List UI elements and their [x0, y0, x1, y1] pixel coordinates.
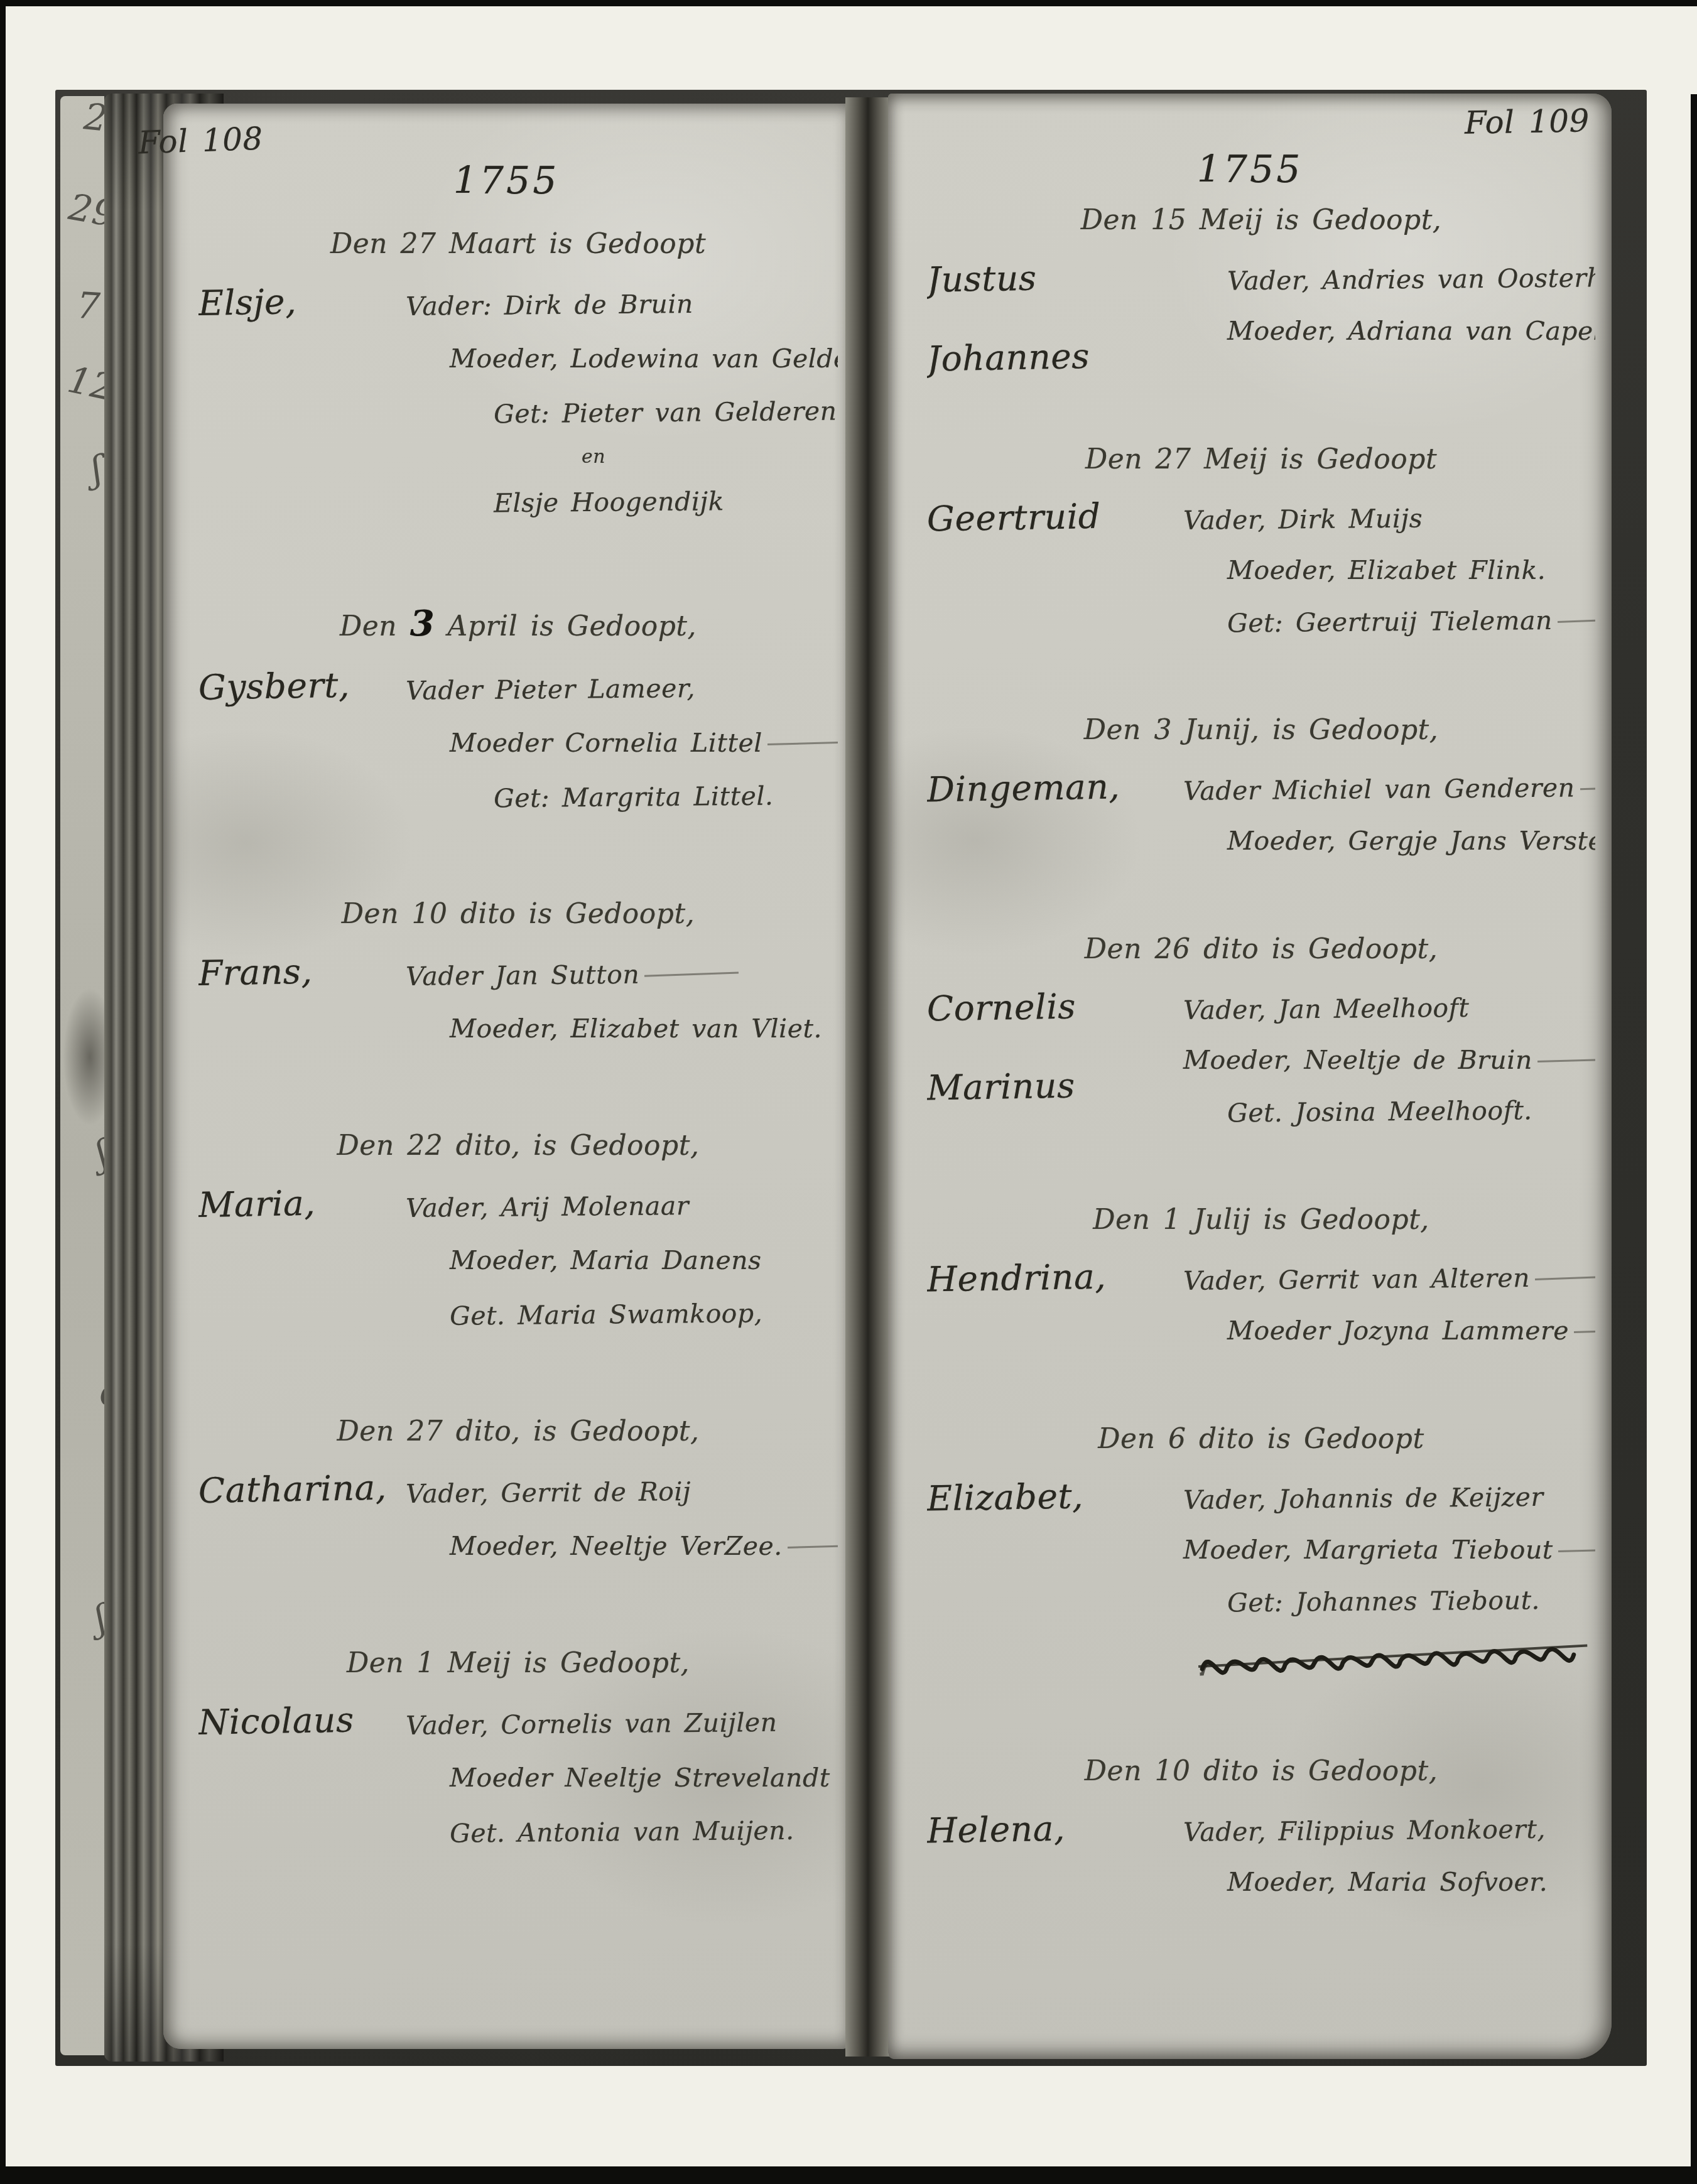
baptism-entry: Den 10 dito is Gedoopt,Helena,Vader, Fil… — [927, 1755, 1595, 1908]
entry-date-line: Den 26 dito is Gedoopt, — [927, 933, 1595, 965]
entry-mother: Moeder Cornelia Littel — [450, 716, 838, 770]
entry-witness: Get. Josina Meelhooft. — [1227, 1084, 1595, 1138]
entry-body: Hendrina,Vader, Gerrit van AlterenMoeder… — [927, 1253, 1595, 1356]
child-name: Marinus — [927, 1063, 1184, 1108]
entry-detail-lines: Vader, Jan MeelhooftMoeder, Neeltje de B… — [1183, 983, 1595, 1137]
entry-date-line: Den 27 dito, is Gedoopt, — [198, 1415, 838, 1447]
child-name: Johannes — [927, 334, 1184, 379]
entry-body: CornelisMarinusVader, Jan MeelhooftMoede… — [927, 983, 1595, 1137]
baptism-entries-left: Den 27 Maart is GedooptElsje,Vader: Dirk… — [198, 228, 838, 2044]
scanner-edge-right — [1691, 94, 1697, 2184]
register-book-photo: 229712ʃʃoʃ Fol 108 1755 Den 27 Maart is … — [55, 90, 1647, 2066]
right-page-fol-109: Fol 109 1755 Den 15 Meij is Gedoopt,Just… — [888, 94, 1612, 2059]
baptism-entry: Den 1 Julij is Gedoopt,Hendrina,Vader, G… — [927, 1204, 1595, 1356]
child-name: Nicolaus — [198, 1699, 406, 1743]
entry-body: Elizabet,Vader, Johannis de KeijzerMoede… — [927, 1473, 1595, 1689]
entry-witness: Elsje Hoogendijk — [494, 473, 838, 531]
child-name: Hendrina, — [927, 1255, 1184, 1299]
baptism-entry: Den 27 dito, is Gedoopt,Catharina,Vader,… — [198, 1415, 838, 1573]
child-name-column: Maria, — [198, 1179, 406, 1223]
entry-date-line: Den 3 April is Gedoopt, — [198, 603, 838, 644]
entry-father: Vader, Dirk Muijs — [1183, 491, 1595, 546]
child-name-column: Elsje, — [198, 278, 406, 322]
entry-date-part: 3 — [410, 603, 435, 644]
entry-date-line: Den 15 Meij is Gedoopt, — [927, 204, 1595, 236]
scanned-photograph-sheet: 229712ʃʃoʃ Fol 108 1755 Den 27 Maart is … — [0, 0, 1697, 2184]
year-heading-left: 1755 — [163, 159, 849, 203]
child-name-column: Helena, — [927, 1805, 1183, 1849]
baptism-entry: Den 22 dito, is Gedoopt,Maria,Vader, Ari… — [198, 1130, 838, 1341]
child-name: Elsje, — [198, 279, 406, 323]
entry-mother: Moeder, Elizabet Flink. — [1227, 544, 1595, 596]
child-name-column: Frans, — [198, 948, 406, 992]
folio-number-108: Fol 108 — [138, 121, 264, 161]
entry-date-line: Den 22 dito, is Gedoopt, — [198, 1130, 838, 1162]
entry-father: Vader Pieter Lameer, — [406, 660, 838, 718]
margin-fragment: 7 — [75, 284, 102, 328]
entry-mother: Moeder, Neeltje VerZee. — [450, 1519, 838, 1573]
entry-detail-lines: Vader, Johannis de KeijzerMoeder, Margri… — [1183, 1473, 1595, 1689]
entry-witness: Get. Maria Swamkoop, — [450, 1285, 838, 1343]
entry-father: Vader, Filippius Monkoert, — [1183, 1803, 1595, 1858]
entry-witness: Get: Geertruij Tieleman — [1227, 594, 1595, 649]
child-name: Geertruid — [927, 494, 1184, 539]
entry-witness: Get: Johannes Tiebout. — [1227, 1574, 1595, 1628]
child-name-column: Dingeman, — [927, 764, 1183, 808]
entry-detail-lines: Vader, Arij MolenaarMoeder, Maria Danens… — [406, 1179, 838, 1341]
entry-body: Elsje,Vader: Dirk de BruinMoeder, Lodewi… — [198, 278, 838, 529]
entry-mother: Moeder, Maria Sofvoer. — [1227, 1856, 1595, 1908]
scanner-edge-top — [0, 0, 1697, 6]
child-name-column: CornelisMarinus — [927, 983, 1183, 1106]
entry-mother: Moeder, Elizabet van Vliet. — [450, 1002, 838, 1056]
child-name: Dingeman, — [927, 765, 1184, 809]
entry-date-line: Den 3 Junij, is Gedoopt, — [927, 714, 1595, 746]
entry-body: Frans,Vader Jan SuttonMoeder, Elizabet v… — [198, 948, 838, 1056]
entry-body: Helena,Vader, Filippius Monkoert,Moeder,… — [927, 1805, 1595, 1908]
entry-date-line: Den 10 dito is Gedoopt, — [198, 898, 838, 930]
entry-father: Vader, Gerrit van Alteren — [1183, 1251, 1595, 1307]
baptism-entry: Den 6 dito is GedooptElizabet,Vader, Joh… — [927, 1423, 1595, 1689]
baptism-entry: Den 3 Junij, is Gedoopt,Dingeman,Vader M… — [927, 714, 1595, 867]
entry-date-line: Den 27 Meij is Gedoopt — [927, 443, 1595, 475]
child-name: Elizabet, — [927, 1474, 1184, 1518]
entry-mother: Moeder, Maria Danens — [450, 1233, 838, 1287]
child-name: Gysbert, — [198, 664, 406, 708]
child-name: Catharina, — [198, 1467, 406, 1511]
entry-father: Vader, Johannis de Keijzer — [1183, 1471, 1595, 1526]
child-name: Justus — [927, 255, 1184, 300]
child-name-column: Elizabet, — [927, 1473, 1183, 1516]
entry-detail-lines: Vader Pieter Lameer,Moeder Cornelia Litt… — [406, 662, 838, 824]
entry-body: Dingeman,Vader Michiel van GenderenMoede… — [927, 764, 1595, 867]
entry-body: Catharina,Vader, Gerrit de RoijMoeder, N… — [198, 1465, 838, 1573]
left-page-fol-108: Fol 108 1755 Den 27 Maart is GedooptElsj… — [163, 104, 849, 2049]
baptism-entry: Den 27 Maart is GedooptElsje,Vader: Dirk… — [198, 228, 838, 529]
entry-witness: Get. Antonia van Muijen. — [450, 1803, 838, 1860]
entry-mother: Moeder, Margrieta Tiebout — [1183, 1524, 1595, 1576]
entry-body: NicolausVader, Cornelis van ZuijlenMoede… — [198, 1697, 838, 1859]
baptism-entry: Den 27 Meij is GedooptGeertruidVader, Di… — [927, 443, 1595, 647]
entry-date-line: Den 10 dito is Gedoopt, — [927, 1755, 1595, 1787]
entry-detail-lines: Vader Michiel van GenderenMoeder, Gergje… — [1183, 764, 1595, 867]
child-name-column: Catharina, — [198, 1465, 406, 1509]
scratched-out-line — [1198, 1629, 1595, 1695]
entry-father: Vader, Gerrit de Roij — [406, 1463, 838, 1521]
entry-mother: Moeder, Lodewina van Gelderen — [450, 332, 838, 386]
entry-date-line: Den 27 Maart is Gedoopt — [198, 228, 838, 260]
entry-mother: Moeder, Adriana van Capel. — [1227, 305, 1595, 357]
entry-detail-lines: Vader, Cornelis van ZuijlenMoeder Neeltj… — [406, 1697, 838, 1859]
previous-page-sliver: 229712ʃʃoʃ — [60, 96, 104, 2055]
entry-body: JustusJohannesVader, Andries van Oosterh… — [927, 254, 1595, 377]
entry-body: Maria,Vader, Arij MolenaarMoeder, Maria … — [198, 1179, 838, 1341]
child-name-column: Gysbert, — [198, 662, 406, 706]
entry-mother: Moeder, Neeltje de Bruin — [1183, 1034, 1595, 1086]
entry-father: Vader, Jan Meelhooft — [1183, 981, 1595, 1036]
entry-mother: Moeder, Gergje Jans Versteeg. — [1227, 815, 1595, 867]
scanner-edge-bottom — [0, 2166, 1697, 2184]
entry-witness: Get: Pieter van Gelderen — [494, 384, 838, 441]
folio-number-109: Fol 109 — [1465, 102, 1590, 141]
child-name-column: Nicolaus — [198, 1697, 406, 1741]
entry-father: Vader Michiel van Genderen — [1183, 762, 1595, 817]
child-name-column: JustusJohannes — [927, 254, 1183, 377]
entry-mother: Moeder Neeltje Strevelandt — [450, 1751, 838, 1805]
year-heading-right: 1755 — [888, 148, 1612, 192]
entry-mother: Moeder Jozyna Lammere — [1227, 1305, 1595, 1356]
child-name: Frans, — [198, 949, 406, 993]
entry-father: Vader, Arij Molenaar — [406, 1177, 838, 1235]
entry-date-line: Den 1 Meij is Gedoopt, — [198, 1647, 838, 1679]
entry-detail-lines: Vader, Dirk MuijsMoeder, Elizabet Flink.… — [1183, 493, 1595, 647]
child-name-column: Hendrina, — [927, 1253, 1183, 1297]
entry-father: Vader Jan Sutton — [406, 946, 838, 1003]
entry-witness: Get: Margrita Littel. — [494, 769, 838, 826]
entry-body: GeertruidVader, Dirk MuijsMoeder, Elizab… — [927, 493, 1595, 647]
entry-detail-lines: Vader: Dirk de BruinMoeder, Lodewina van… — [406, 278, 838, 529]
entry-date-part: April is Gedoopt, — [435, 610, 697, 642]
entry-date-line: Den 1 Julij is Gedoopt, — [927, 1204, 1595, 1236]
entry-date-line: Den 6 dito is Gedoopt — [927, 1423, 1595, 1455]
entry-detail-lines: Vader, Gerrit de RoijMoeder, Neeltje Ver… — [406, 1465, 838, 1573]
entry-body: Gysbert,Vader Pieter Lameer,Moeder Corne… — [198, 662, 838, 824]
entry-detail-lines: Vader, Andries van Oosterhout,Moeder, Ad… — [1183, 254, 1595, 357]
baptism-entry: Den 15 Meij is Gedoopt,JustusJohannesVad… — [927, 204, 1595, 377]
book-gutter — [845, 97, 891, 2057]
margin-fragment: ʃ — [88, 447, 106, 491]
child-name: Helena, — [927, 1806, 1184, 1851]
entry-father: Vader: Dirk de Bruin — [406, 276, 838, 333]
baptism-entry: Den 10 dito is Gedoopt,Frans,Vader Jan S… — [198, 898, 838, 1056]
entry-detail-lines: Vader, Gerrit van AlterenMoeder Jozyna L… — [1183, 1253, 1595, 1356]
baptism-entry: Den 1 Meij is Gedoopt,NicolausVader, Cor… — [198, 1647, 838, 1859]
scribble-drawing — [1198, 1629, 1595, 1693]
child-name-column: Geertruid — [927, 493, 1183, 537]
entry-date-part: Den — [340, 610, 410, 642]
baptism-entry: Den 3 April is Gedoopt,Gysbert,Vader Pie… — [198, 603, 838, 824]
baptism-entries-right: Den 15 Meij is Gedoopt,JustusJohannesVad… — [927, 204, 1595, 2054]
entry-father: Vader, Cornelis van Zuijlen — [406, 1695, 838, 1753]
scanner-edge-left — [0, 0, 6, 2184]
child-name: Maria, — [198, 1181, 406, 1225]
baptism-entry: Den 26 dito is Gedoopt,CornelisMarinusVa… — [927, 933, 1595, 1137]
entry-detail-lines: Vader, Filippius Monkoert,Moeder, Maria … — [1183, 1805, 1595, 1908]
entry-conjunction: en — [582, 440, 838, 475]
entry-detail-lines: Vader Jan SuttonMoeder, Elizabet van Vli… — [406, 948, 838, 1056]
child-name: Cornelis — [927, 984, 1184, 1029]
entry-father: Vader, Andries van Oosterhout, — [1227, 252, 1595, 306]
